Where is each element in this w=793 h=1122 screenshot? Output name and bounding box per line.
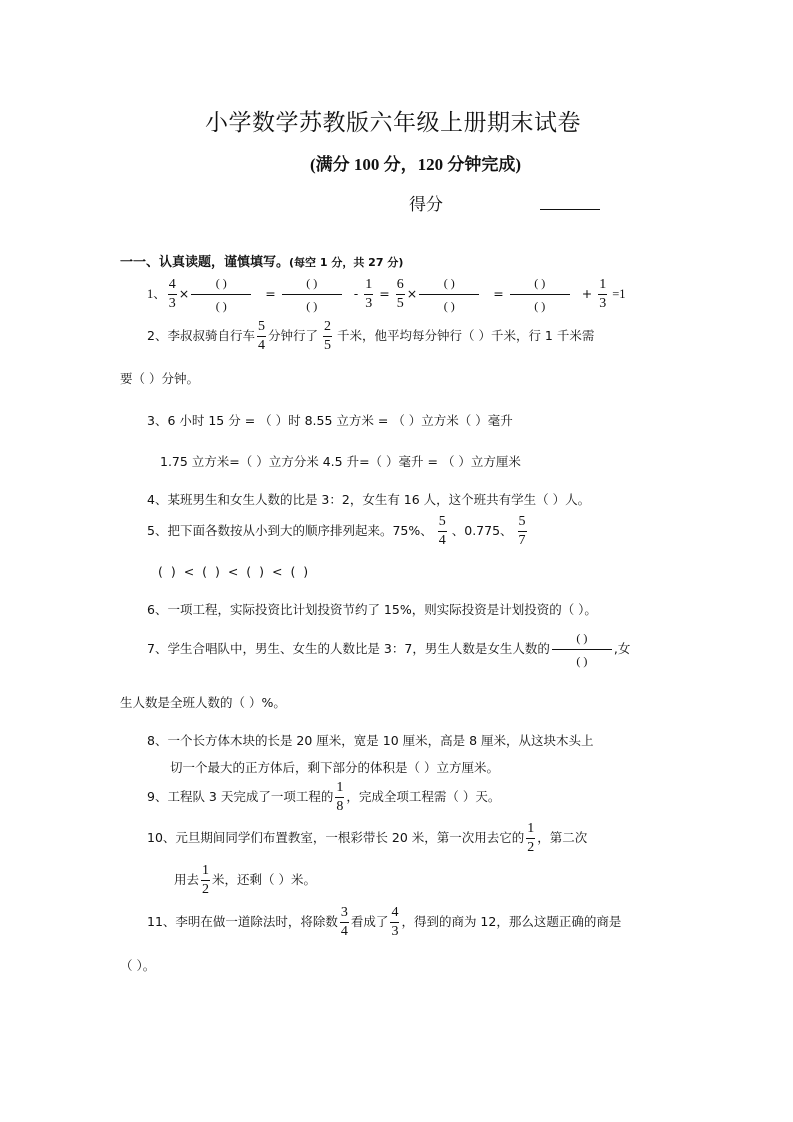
fraction: 25 [323, 320, 332, 353]
score-blank-line[interactable] [540, 209, 600, 210]
question-10-continued: 用去 12 米，还剩（ ）米。 [174, 864, 316, 897]
answer-blank-fraction[interactable]: ( )( ) [282, 277, 342, 312]
fraction: 43 [390, 906, 399, 939]
answer-blank-fraction[interactable]: ( )( ) [419, 277, 479, 312]
question-11-continued: （ ）。 [120, 960, 155, 973]
fraction: 65 [396, 278, 405, 311]
fraction: 18 [335, 781, 344, 814]
fraction: 43 [168, 278, 177, 311]
fraction: 54 [257, 320, 266, 353]
question-8-line-1: 8、一个长方体木块的长是 20 厘米，宽是 10 厘米，高是 8 厘米，从这块木… [147, 735, 594, 748]
question-1: 1、 43 × ( )( ) = ( )( ) - 13 = 65 × ( )(… [147, 277, 626, 312]
question-3-line-1: 3、6 小时 15 分 = （ ）时 8.55 立方米 = （ ）立方米（ ）毫… [147, 415, 513, 428]
answer-blank-fraction[interactable]: ( )( ) [510, 277, 570, 312]
score-label: 得分 [409, 190, 443, 215]
question-7-continued: 生人数是全班人数的（ ）%。 [120, 697, 286, 710]
page-title: 小学数学苏教版六年级上册期末试卷 [205, 104, 581, 137]
fraction: 54 [438, 515, 447, 548]
fraction: 12 [526, 822, 535, 855]
section-heading-text: 一一、认真读题，谨慎填写。 [120, 255, 289, 270]
question-10: 10、元旦期间同学们布置教室，一根彩带长 20 米，第一次用去它的 12 ，第二… [147, 822, 587, 855]
fraction: 13 [598, 278, 607, 311]
fraction: 12 [201, 864, 210, 897]
page-subtitle: (满分 100 分，120 分钟完成) [310, 150, 521, 175]
section-heading: 一一、认真读题，谨慎填写。(每空 1 分，共 27 分) [120, 251, 403, 270]
question-9: 9、工程队 3 天完成了一项工程的 18 ，完成全项工程需（ ）天。 [147, 781, 500, 814]
question-2-continued: 要（ ）分钟。 [120, 373, 199, 386]
question-7: 7、学生合唱队中，男生、女生的人数比是 3：7，男生人数是女生人数的 ( )( … [147, 632, 630, 667]
question-4: 4、某班男生和女生人数的比是 3：2，女生有 16 人，这个班共有学生（ ）人。 [147, 494, 590, 507]
question-3-line-2: 1.75 立方米=（ ）立方分米 4.5 升=（ ）毫升 = （ ）立方厘米 [160, 456, 521, 469]
question-5: 5、把下面各数按从小到大的顺序排列起来。75%、 54 、0.775、 57 [147, 515, 532, 548]
question-5-order-blanks[interactable]: ( ) < ( ) < ( ) < ( ) [158, 566, 308, 579]
question-6: 6、一项工程，实际投资比计划投资节约了 15%，则实际投资是计划投资的（ ）。 [147, 604, 597, 617]
answer-blank-fraction[interactable]: ( )( ) [191, 277, 251, 312]
question-2: 2、李叔叔骑自行车 54 分钟行了 25 千米，他平均每分钟行（ ）千米，行 1… [147, 320, 594, 353]
section-points-note: (每空 1 分，共 27 分) [289, 256, 403, 269]
question-11: 11、李明在做一道除法时，将除数 34 看成了 43 ，得到的商为 12，那么这… [147, 906, 621, 939]
question-8-line-2: 切一个最大的正方体后，剩下部分的体积是（ ）立方厘米。 [170, 762, 499, 775]
fraction: 57 [518, 515, 527, 548]
answer-blank-fraction[interactable]: ( )( ) [552, 632, 612, 667]
fraction: 13 [364, 278, 373, 311]
question-number: 1、 [147, 288, 166, 301]
fraction: 34 [340, 906, 349, 939]
